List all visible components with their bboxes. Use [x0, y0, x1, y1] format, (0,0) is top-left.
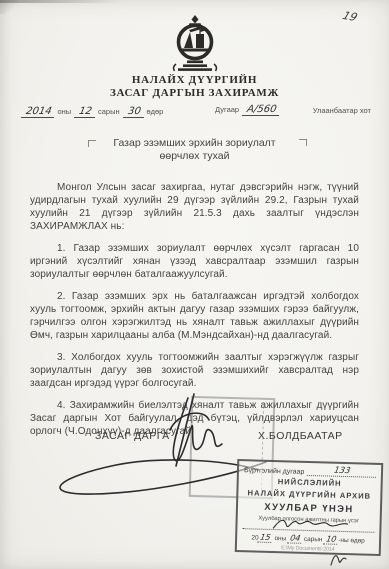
- intro-paragraph: Монгол Улсын засаг захиргаа, нутаг дэвсг…: [30, 181, 359, 233]
- stamp-footer-path: E:\My Documents-2014: [242, 544, 374, 554]
- scanned-document-page: 19 НАЛАЙХ ДҮҮРГИЙН ЗАСАГ ДАРГЫН ЗАХИРАМЖ…: [0, 0, 389, 569]
- stamp-onu-label: оны: [274, 535, 286, 542]
- date-year-label: оны: [57, 107, 71, 116]
- scan-artifact: [0, 0, 120, 3]
- dateline: 2014оны 12сарын 30өдөр Дугаар А/560 Улаа…: [20, 102, 375, 118]
- date-group: 2014оны 12сарын 30өдөр: [20, 106, 163, 118]
- stamp-date-suffix: -ны өдөр: [338, 536, 365, 544]
- stamp-saryn-label: сарын: [304, 535, 323, 543]
- date-day-handwritten: 30: [123, 106, 146, 118]
- document-header: НАЛАЙХ ДҮҮРГИЙН ЗАСАГ ДАРГЫН ЗАХИРАМЖ: [0, 74, 389, 100]
- registration-number-handwritten: 133: [333, 467, 351, 475]
- archive-org-line2: НАЛАЙХ ДҮҮРГИЙН АРХИВ: [243, 488, 375, 501]
- decree-paragraph: 3. Холбогдох хууль тогтоомжийн заалтыг х…: [30, 351, 359, 390]
- number-label: Дугаар: [215, 105, 239, 114]
- date-month-handwritten: 12: [74, 106, 97, 118]
- decree-paragraph: 1. Газар эзэмших зориулалт өөрчлөх хүсэл…: [30, 242, 359, 281]
- document-title: Газар эзэмших эрхийн зориулалт өөрчлөх т…: [0, 137, 389, 163]
- scan-artifact: [0, 0, 18, 14]
- city-label: Улаанбаатар хот: [313, 106, 371, 115]
- district-emblem: [169, 15, 221, 73]
- date-day-label: өдөр: [146, 107, 163, 116]
- title-line1: Газар эзэмших эрхийн зориулалт: [0, 137, 389, 150]
- stamp-day-handwritten: 10: [323, 534, 339, 544]
- handwritten-mark: [328, 551, 350, 568]
- signer-role: ЗАСАГ ДАРГА: [95, 430, 170, 442]
- stamp-year-handwritten: 15: [258, 532, 274, 542]
- page-number: 19: [341, 9, 360, 24]
- registration-dotted-line: 133: [307, 466, 376, 478]
- date-month-label: сарын: [98, 107, 120, 116]
- title-line2: өөрчлөх тухай: [0, 150, 389, 163]
- number-value-handwritten: А/560: [242, 104, 281, 116]
- date-year-handwritten: 2014: [21, 106, 57, 118]
- registration-label: Бүртгэлийн дугаар: [244, 467, 305, 476]
- archive-stamp: Бүртгэлийн дугаар 133 НИЙСЛЭЛИЙН НАЛАЙХ …: [235, 459, 384, 556]
- org-name-line1: НАЛАЙХ ДҮҮРГИЙН: [0, 74, 389, 87]
- clerk-signature-row: Хуулбар олгосон ажилтны гарын үсэг: [242, 515, 374, 533]
- stamp-month-handwritten: 04: [287, 533, 303, 543]
- clerk-signature: [270, 514, 350, 534]
- certified-copy-label: ХУУЛБАР ҮНЭН: [243, 501, 375, 516]
- decree-paragraph: 2. Газар эзэмших эрх нь баталгаажсан ирг…: [30, 290, 359, 342]
- org-name-line2: ЗАСАГ ДАРГЫН ЗАХИРАМЖ: [0, 87, 389, 100]
- document-number-group: Дугаар А/560: [215, 104, 282, 116]
